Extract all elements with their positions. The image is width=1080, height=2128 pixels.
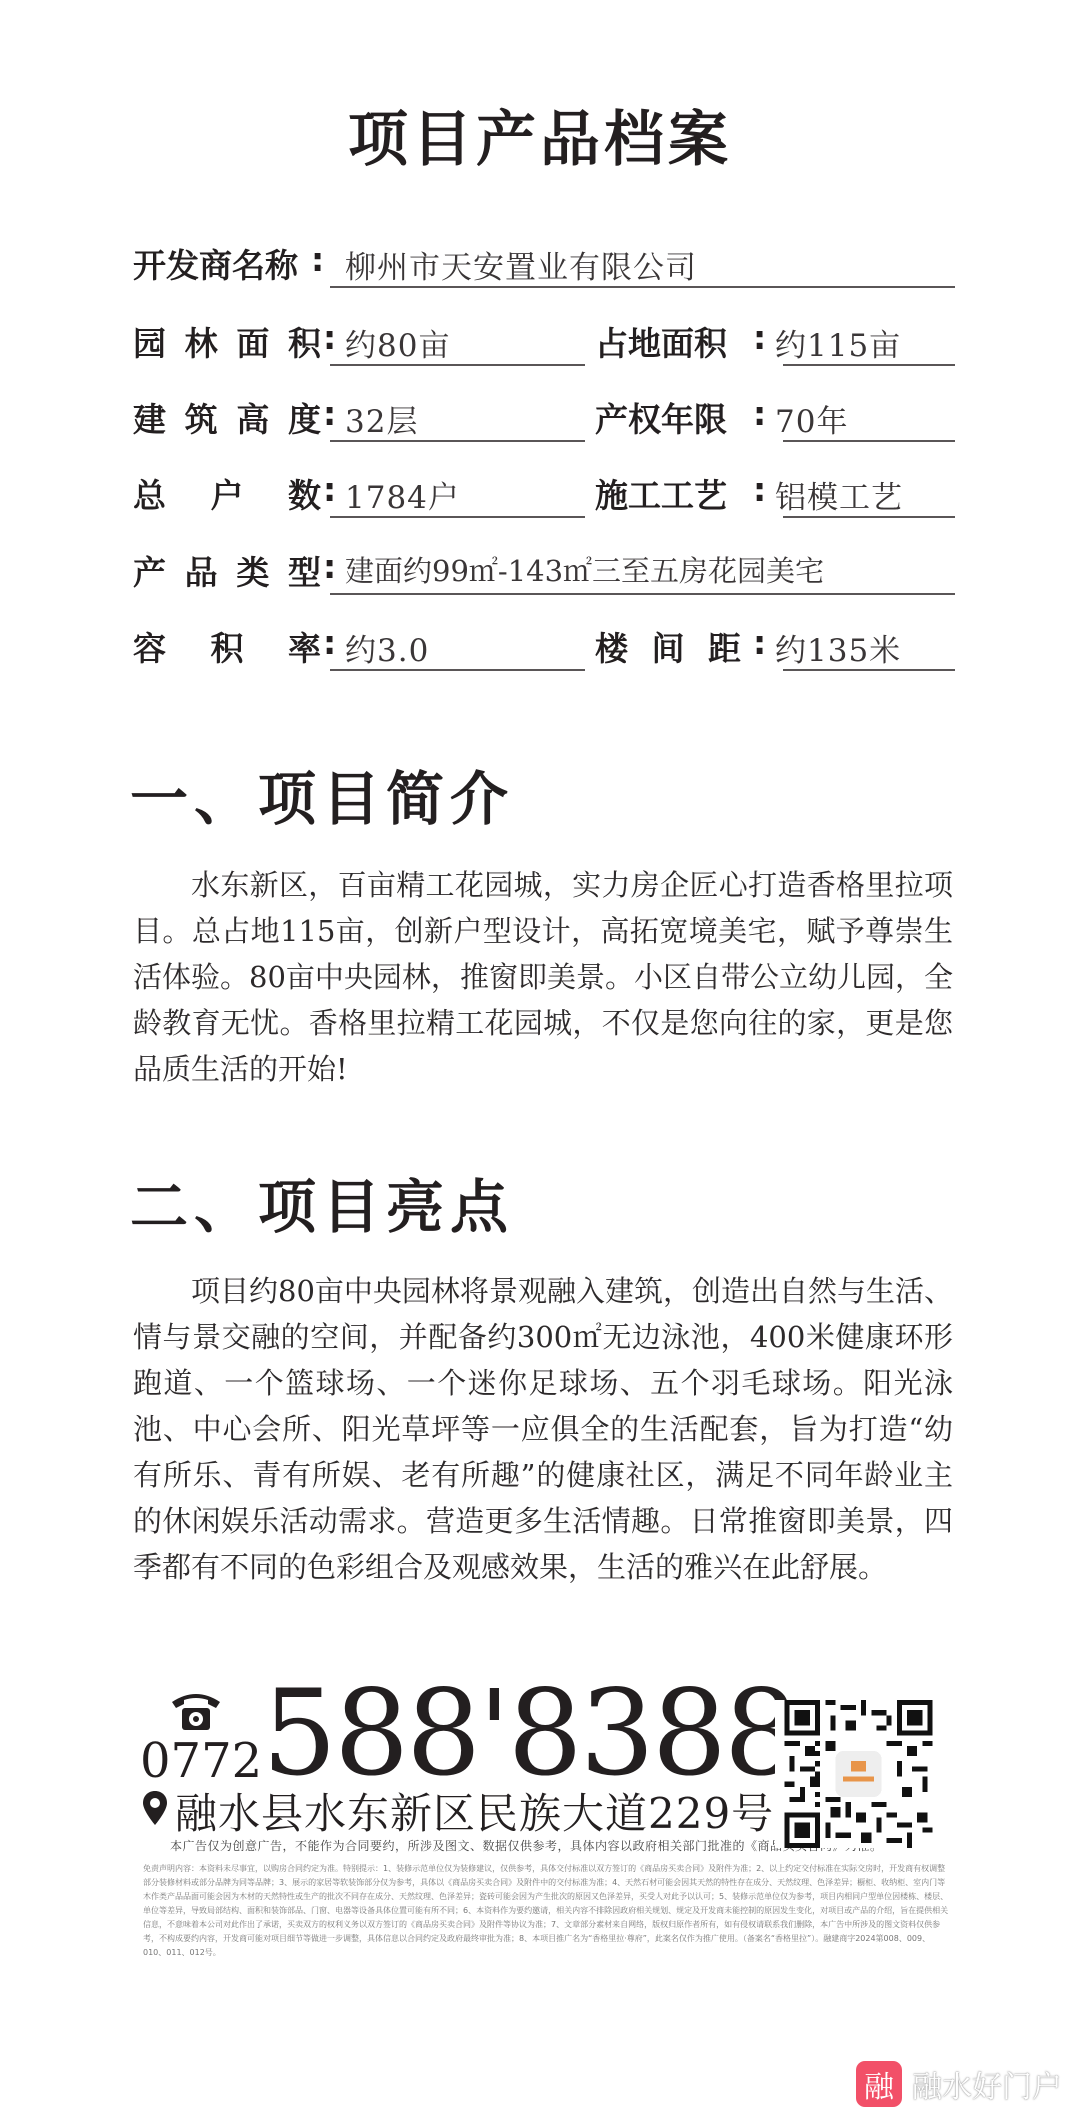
building-height-label: 建筑高度 <box>133 394 321 441</box>
colon: : <box>753 394 766 433</box>
section-heading-highlights: 二、项目亮点 <box>130 1160 514 1244</box>
section-body-highlights: 项目约80亩中央园林将景观融入建筑，创造出自然与生活、情与景交融的空间，并配备约… <box>133 1268 953 1590</box>
land-area-value: 约115亩 <box>775 320 901 365</box>
section-heading-intro: 一、项目简介 <box>130 752 514 836</box>
product-type-label: 产品类型 <box>133 547 321 594</box>
colon: : <box>311 240 324 279</box>
app-logo-icon: 融 <box>856 2061 902 2107</box>
developer-value: 柳州市天安置业有限公司 <box>345 242 697 287</box>
property-term-value: 70年 <box>775 396 848 441</box>
product-type-value: 建面约99㎡-143㎡三至五房花园美宅 <box>345 549 824 590</box>
developer-label: 开发商名称 <box>133 240 298 287</box>
colon: : <box>753 318 766 357</box>
building-spacing-value: 约135米 <box>775 625 901 670</box>
highlights-paragraph: 项目约80亩中央园林将景观融入建筑，创造出自然与生活、情与景交融的空间，并配备约… <box>133 1268 953 1590</box>
underline <box>783 516 955 518</box>
colon: : <box>753 470 766 509</box>
underline <box>330 516 585 518</box>
property-term-label: 产权年限 <box>595 394 727 441</box>
total-households-label: 总户数 <box>133 470 321 517</box>
colon: : <box>323 318 336 357</box>
location-pin-icon <box>143 1791 167 1825</box>
construction-process-label: 施工工艺 <box>595 470 727 517</box>
building-spacing-label: 楼 间 距 <box>595 623 747 670</box>
underline <box>783 669 955 671</box>
underline <box>783 440 955 442</box>
address: 融水县水东新区民族大道229号 <box>175 1781 774 1841</box>
building-height-value: 32层 <box>345 396 418 441</box>
colon: : <box>323 623 336 662</box>
garden-area-value: 约80亩 <box>345 320 450 365</box>
colon: : <box>323 470 336 509</box>
disclaimer-text: 免责声明内容：本资料未尽事宜，以购房合同约定为准。特别提示：1、装修示范单位仅为… <box>143 1862 953 1960</box>
plot-ratio-label: 容积率 <box>133 623 321 670</box>
qr-code[interactable] <box>775 1700 942 1848</box>
telephone-icon <box>168 1688 224 1732</box>
page-title: 项目产品档案 <box>0 92 1080 178</box>
intro-paragraph: 水东新区，百亩精工花园城，实力房企匠心打造香格里拉项目。总占地115亩，创新户型… <box>133 862 953 1092</box>
land-area-label: 占地面积 <box>595 318 727 365</box>
section-body-intro: 水东新区，百亩精工花园城，实力房企匠心打造香格里拉项目。总占地115亩，创新户型… <box>133 862 953 1092</box>
underline <box>330 364 585 366</box>
underline <box>330 669 585 671</box>
underline <box>330 593 955 595</box>
garden-area-label: 园林面积 <box>133 318 321 365</box>
construction-process-value: 铝模工艺 <box>775 472 903 517</box>
underline <box>330 286 955 288</box>
watermark: 融 融水好门户 <box>856 2061 1062 2107</box>
watermark-text: 融水好门户 <box>912 2062 1062 2106</box>
underline <box>783 364 955 366</box>
total-households-value: 1784户 <box>345 472 460 517</box>
phone-number[interactable]: 588'8388 <box>262 1668 796 1798</box>
colon: : <box>753 623 766 662</box>
underline <box>330 440 585 442</box>
plot-ratio-value: 约3.0 <box>345 625 429 670</box>
colon: : <box>323 547 336 586</box>
colon: : <box>323 394 336 433</box>
